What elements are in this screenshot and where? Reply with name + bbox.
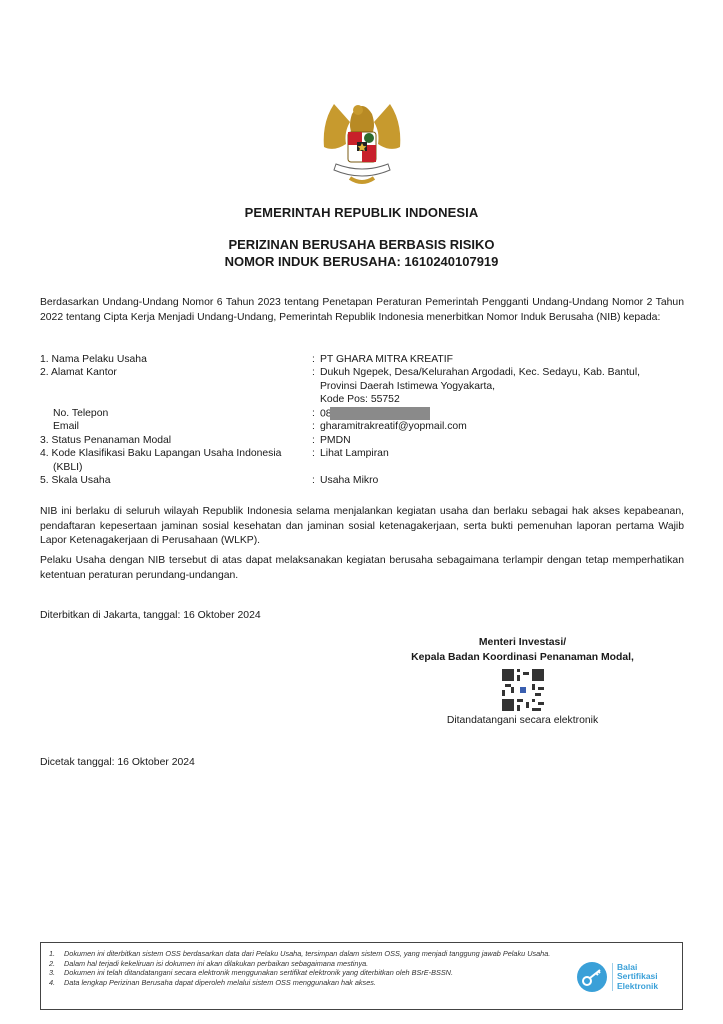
bsre-logo: Balai Sertifikasi Elektronik <box>576 957 672 997</box>
field-row-kbli: 4. Kode Klasifikasi Baku Lapangan Usaha … <box>40 447 690 474</box>
field-label: 2. Alamat Kantor <box>40 366 312 406</box>
field-row-status: 3. Status Penanaman Modal :PMDN <box>40 434 690 447</box>
field-label: Email <box>40 420 312 433</box>
field-label: No. Telepon <box>40 407 312 421</box>
government-title: PEMERINTAH REPUBLIK INDONESIA <box>0 205 723 220</box>
nib-number: NOMOR INDUK BERUSAHA: 1610240107919 <box>0 253 723 270</box>
field-value: Lihat Lampiran <box>320 448 389 459</box>
bsre-key-icon <box>576 961 608 993</box>
field-label: 4. Kode Klasifikasi Baku Lapangan Usaha … <box>40 447 312 474</box>
field-row-skala: 5. Skala Usaha :Usaha Mikro <box>40 474 690 487</box>
footer-note: 4.Data lengkap Perizinan Berusaha dapat … <box>49 978 579 988</box>
business-fields: 1. Nama Pelaku Usaha :PT GHARA MITRA KRE… <box>40 353 690 487</box>
qr-code-icon <box>502 669 544 711</box>
permit-title: PERIZINAN BERUSAHA BERBASIS RISIKO <box>0 236 723 253</box>
field-label: 1. Nama Pelaku Usaha <box>40 353 312 366</box>
garuda-emblem-icon <box>314 92 410 190</box>
activity-paragraph: Pelaku Usaha dengan NIB tersebut di atas… <box>40 554 684 583</box>
redaction-box <box>330 407 430 420</box>
footer-notes: 1.Dokumen ini diterbitkan sistem OSS ber… <box>49 949 579 987</box>
field-value: gharamitrakreatif@yopmail.com <box>320 421 467 432</box>
field-label: 5. Skala Usaha <box>40 474 312 487</box>
printed-date: Dicetak tanggal: 16 Oktober 2024 <box>40 757 195 768</box>
address-line: Kode Pos: 55752 <box>312 393 690 406</box>
field-value: Usaha Mikro <box>320 475 378 486</box>
signer-role: Kepala Badan Koordinasi Penanaman Modal, <box>395 651 650 666</box>
document-title: PERIZINAN BERUSAHA BERBASIS RISIKO NOMOR… <box>0 236 723 270</box>
field-row-alamat: 2. Alamat Kantor :Dukuh Ngepek, Desa/Kel… <box>40 366 690 406</box>
footer-note: 3.Dokumen ini telah ditandatangani secar… <box>49 968 579 978</box>
field-row-email: Email :gharamitrakreatif@yopmail.com <box>40 420 690 433</box>
field-label: 3. Status Penanaman Modal <box>40 434 312 447</box>
validity-paragraph: NIB ini berlaku di seluruh wilayah Repub… <box>40 505 684 549</box>
field-value: PT GHARA MITRA KREATIF <box>320 354 453 365</box>
footer-notes-box: 1.Dokumen ini diterbitkan sistem OSS ber… <box>40 942 683 1010</box>
address-line: Provinsi Daerah Istimewa Yogyakarta, <box>312 380 690 393</box>
address-line: Dukuh Ngepek, Desa/Kelurahan Argodadi, K… <box>320 367 640 378</box>
signer-role: Menteri Investasi/ <box>395 636 650 651</box>
signature-block: Menteri Investasi/ Kepala Badan Koordina… <box>395 636 650 726</box>
field-row-nama: 1. Nama Pelaku Usaha :PT GHARA MITRA KRE… <box>40 353 690 366</box>
field-row-telepon: No. Telepon :08 <box>40 407 690 421</box>
e-signature-note: Ditandatangani secara elektronik <box>395 715 650 726</box>
field-value: PMDN <box>320 435 351 446</box>
footer-note: 1.Dokumen ini diterbitkan sistem OSS ber… <box>49 949 579 959</box>
issued-date: Diterbitkan di Jakarta, tanggal: 16 Okto… <box>40 610 261 621</box>
footer-note: 2.Dalam hal terjadi kekeliruan isi dokum… <box>49 959 579 969</box>
intro-paragraph: Berdasarkan Undang-Undang Nomor 6 Tahun … <box>40 296 684 325</box>
